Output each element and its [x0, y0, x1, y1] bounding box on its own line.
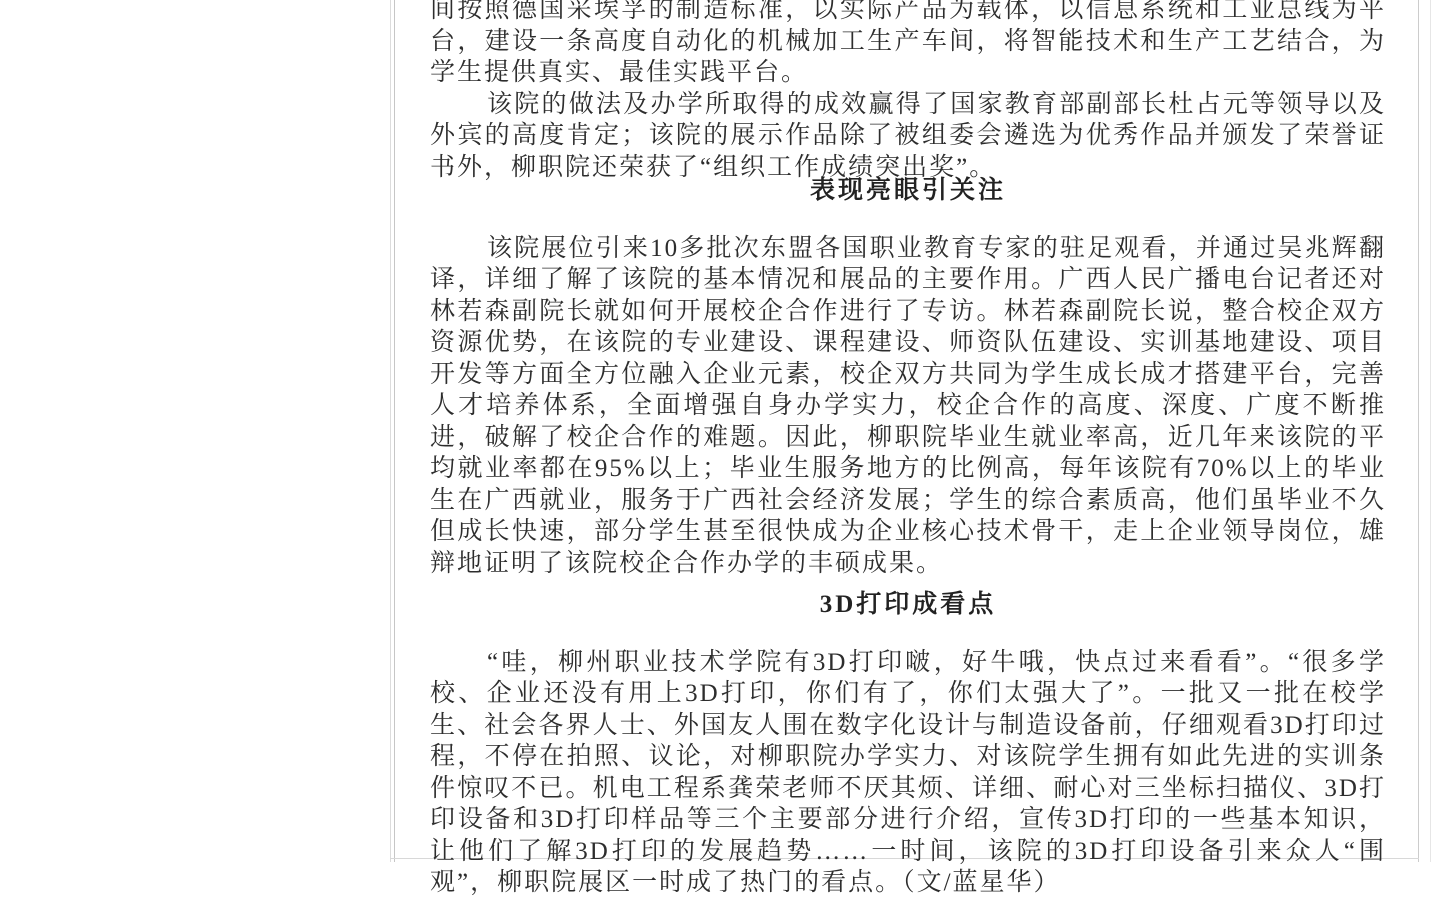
page-right-edge-line	[1430, 0, 1431, 862]
article-paragraph: 该院展位引来10多批次东盟各国职业教育专家的驻足观看，并通过吴兆辉翻译，详细了解…	[430, 233, 1386, 580]
article-paragraph: 该院的做法及办学所取得的成效赢得了国家教育部副部长杜占元等领导以及外宾的高度肯定…	[430, 89, 1386, 184]
article-paragraph: “哇，柳州职业技术学院有3D打印啵，好牛哦，快点过来看看”。“很多学校、企业还没…	[430, 647, 1386, 863]
article-frame-outer-left-border	[390, 0, 391, 862]
article-body: 间按照德国采埃孚的制造标准，以实际产品为载体，以信息系统和工业总线为平台，建设一…	[395, 0, 1419, 862]
article-paragraph: 间按照德国采埃孚的制造标准，以实际产品为载体，以信息系统和工业总线为平台，建设一…	[430, 0, 1386, 89]
section-heading-2: 3D打印成看点	[430, 589, 1386, 621]
